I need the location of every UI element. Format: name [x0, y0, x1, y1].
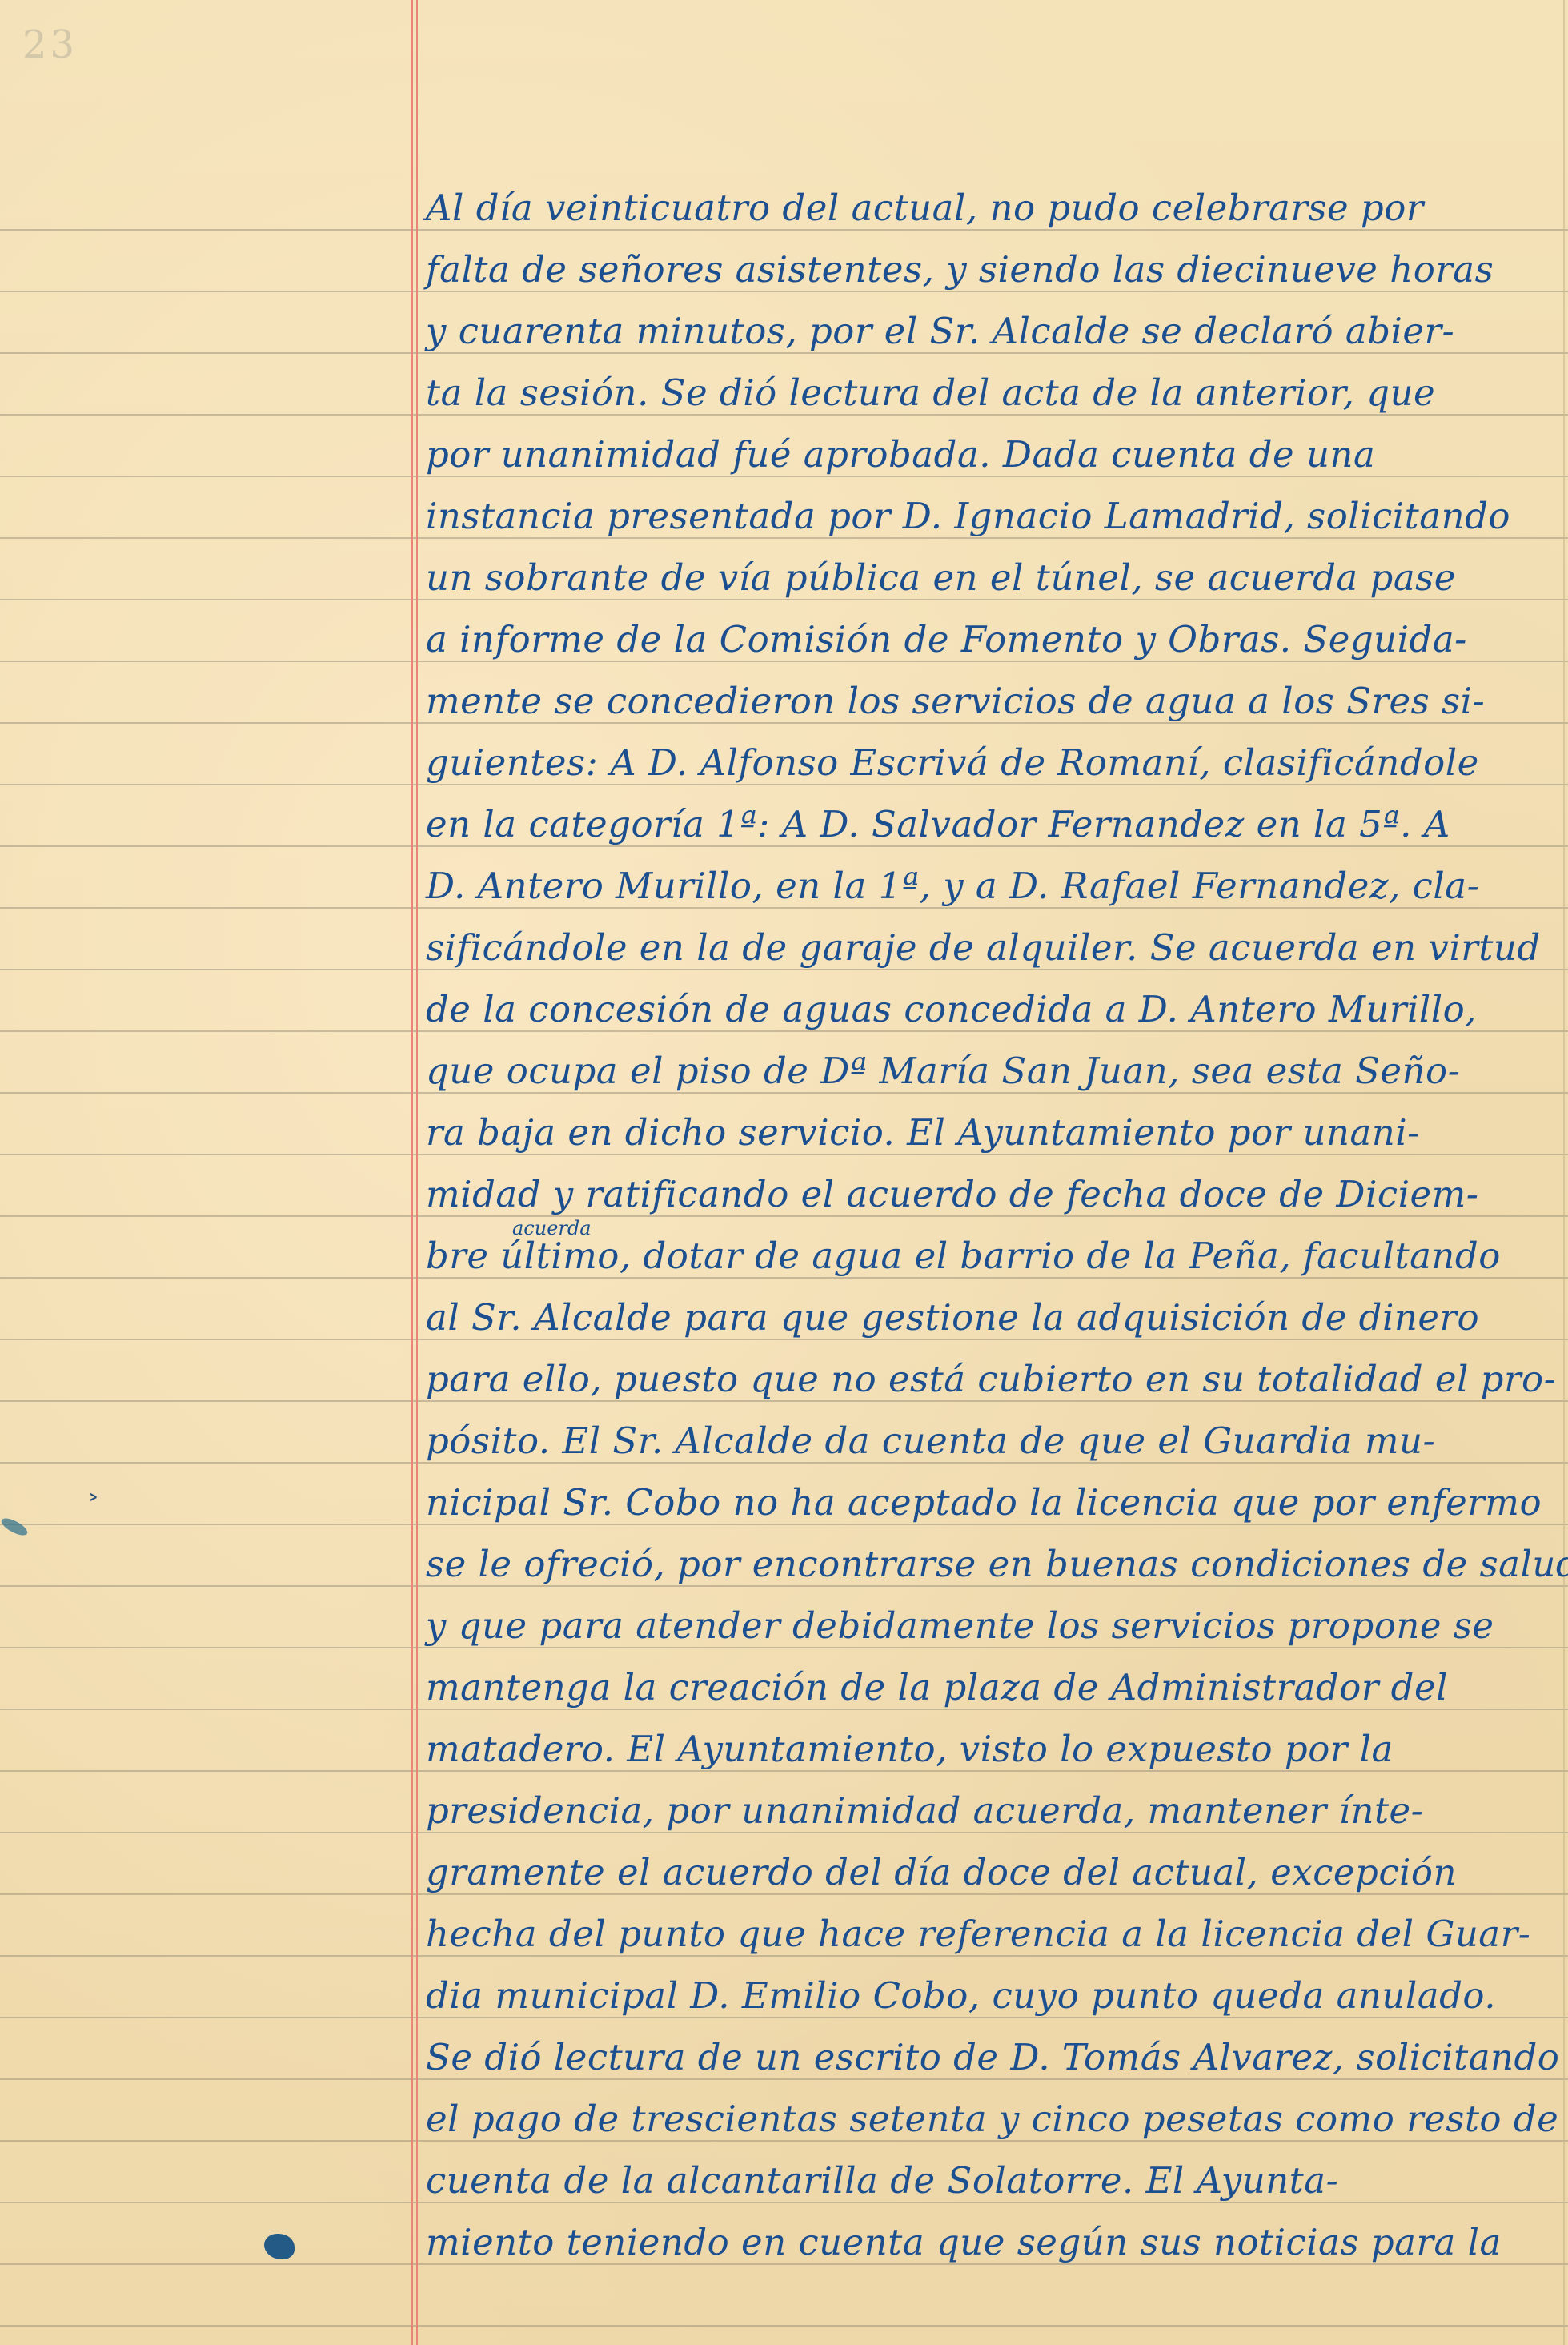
- ink-blot: [264, 2234, 295, 2259]
- text-line: nicipal Sr. Cobo no ha aceptado la licen…: [426, 1479, 1554, 1527]
- text-line: Al día veinticuatro del actual, no pudo …: [426, 184, 1554, 232]
- text-line: ra baja en dicho servicio. El Ayuntamien…: [426, 1109, 1554, 1157]
- text-line: al Sr. Alcalde para que gestione la adqu…: [426, 1294, 1554, 1342]
- text-line: hecha del punto que hace referencia a la…: [426, 1910, 1554, 1958]
- text-line: y que para atender debidamente los servi…: [426, 1602, 1554, 1650]
- ledger-page: 23 ˃ Al día veinticuatro del actual, no …: [0, 0, 1568, 2345]
- text-line: se le ofreció, por encontrarse en buenas…: [426, 1540, 1554, 1588]
- text-line: presidencia, por unanimidad acuerda, man…: [426, 1787, 1554, 1835]
- text-line: por unanimidad fué aprobada. Dada cuenta…: [426, 431, 1554, 479]
- text-line: ta la sesión. Se dió lectura del acta de…: [426, 369, 1554, 417]
- ruled-line: [0, 2325, 1568, 2327]
- text-line: el pago de trescientas setenta y cinco p…: [426, 2095, 1554, 2143]
- text-line: instancia presentada por D. Ignacio Lama…: [426, 492, 1554, 540]
- text-line: sificándole en la de garaje de alquiler.…: [426, 924, 1554, 972]
- margin-line-left: [411, 0, 413, 2345]
- text-line: gramente el acuerdo del día doce del act…: [426, 1849, 1554, 1897]
- text-line: de la concesión de aguas concedida a D. …: [426, 986, 1554, 1034]
- text-line: bre último, dotar de agua el barrio de l…: [426, 1232, 1554, 1280]
- text-line: a informe de la Comisión de Fomento y Ob…: [426, 616, 1554, 664]
- text-line: guientes: A D. Alfonso Escrivá de Romaní…: [426, 739, 1554, 787]
- ink-smudge: [0, 1515, 30, 1538]
- text-line: para ello, puesto que no está cubierto e…: [426, 1355, 1554, 1403]
- text-line: falta de señores asistentes, y siendo la…: [426, 246, 1554, 294]
- text-line: un sobrante de vía pública en el túnel, …: [426, 554, 1554, 602]
- margin-line-right: [416, 0, 418, 2345]
- text-line: D. Antero Murillo, en la 1ª, y a D. Rafa…: [426, 862, 1554, 910]
- text-line: que ocupa el piso de Dª María San Juan, …: [426, 1047, 1554, 1095]
- page-edge: [1563, 0, 1565, 2345]
- text-line: cuenta de la alcantarilla de Solatorre. …: [426, 2157, 1554, 2205]
- text-line: midad y ratificando el acuerdo de fecha …: [426, 1170, 1554, 1219]
- text-line: miento teniendo en cuenta que según sus …: [426, 2219, 1554, 2267]
- text-line: pósito. El Sr. Alcalde da cuenta de que …: [426, 1417, 1554, 1465]
- text-line: matadero. El Ayuntamiento, visto lo expu…: [426, 1725, 1554, 1773]
- text-line: y cuarenta minutos, por el Sr. Alcalde s…: [426, 307, 1554, 355]
- margin-bracket-mark: ˃: [86, 1491, 100, 1523]
- text-line: dia municipal D. Emilio Cobo, cuyo punto…: [426, 1972, 1554, 2020]
- page-number: 23: [22, 22, 78, 67]
- text-line: mente se concedieron los servicios de ag…: [426, 677, 1554, 725]
- text-line: en la categoría 1ª: A D. Salvador Fernan…: [426, 801, 1554, 849]
- text-line: mantenga la creación de la plaza de Admi…: [426, 1664, 1554, 1712]
- text-line: Se dió lectura de un escrito de D. Tomás…: [426, 2034, 1554, 2082]
